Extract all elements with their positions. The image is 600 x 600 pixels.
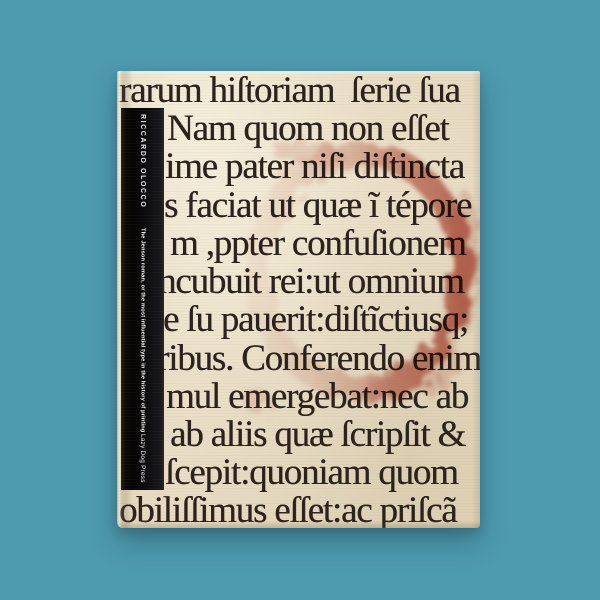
spine-title-text: The Jenson roman, or the most influentia… (140, 228, 146, 432)
page-line: ribus. Conferendo enim (157, 340, 480, 378)
page-line: obiliſſimus eſſet:ac priſcã (119, 492, 457, 528)
page-line: ab aliis quæ ſcripſit & (170, 416, 465, 454)
page-line: s faciat ut quæ ĩ tépore (164, 187, 471, 225)
backdrop: rarum hiſtoriam ſerie ſua Nam quom non e… (0, 0, 600, 600)
spine-publisher-text: Lazy Dog Press (139, 434, 146, 483)
page-line: m ,ppter confuſionem (170, 225, 466, 263)
page-line: ſcepit:quoniam quom (165, 454, 458, 492)
page-line: rarum hiſtoriam ſerie ſua (119, 72, 460, 110)
spine-band: RICCARDO OLOCCO The Jenson roman, or the… (121, 108, 164, 490)
book-cover: rarum hiſtoriam ſerie ſua Nam quom non e… (117, 71, 480, 528)
page-line: e ſu pauerit:diſtĩctiusq; (163, 301, 468, 339)
page-line: ime pater niſi diſtincta (165, 148, 464, 186)
page-line: mul emergebat:nec ab (166, 378, 468, 416)
page-reproduction: rarum hiſtoriam ſerie ſua Nam quom non e… (117, 71, 480, 528)
spine-author-text: RICCARDO OLOCCO (139, 114, 146, 208)
page-line: Nam quom non eſſet (167, 110, 449, 148)
page-line: ncubuit rei:ut omnium (158, 263, 464, 301)
